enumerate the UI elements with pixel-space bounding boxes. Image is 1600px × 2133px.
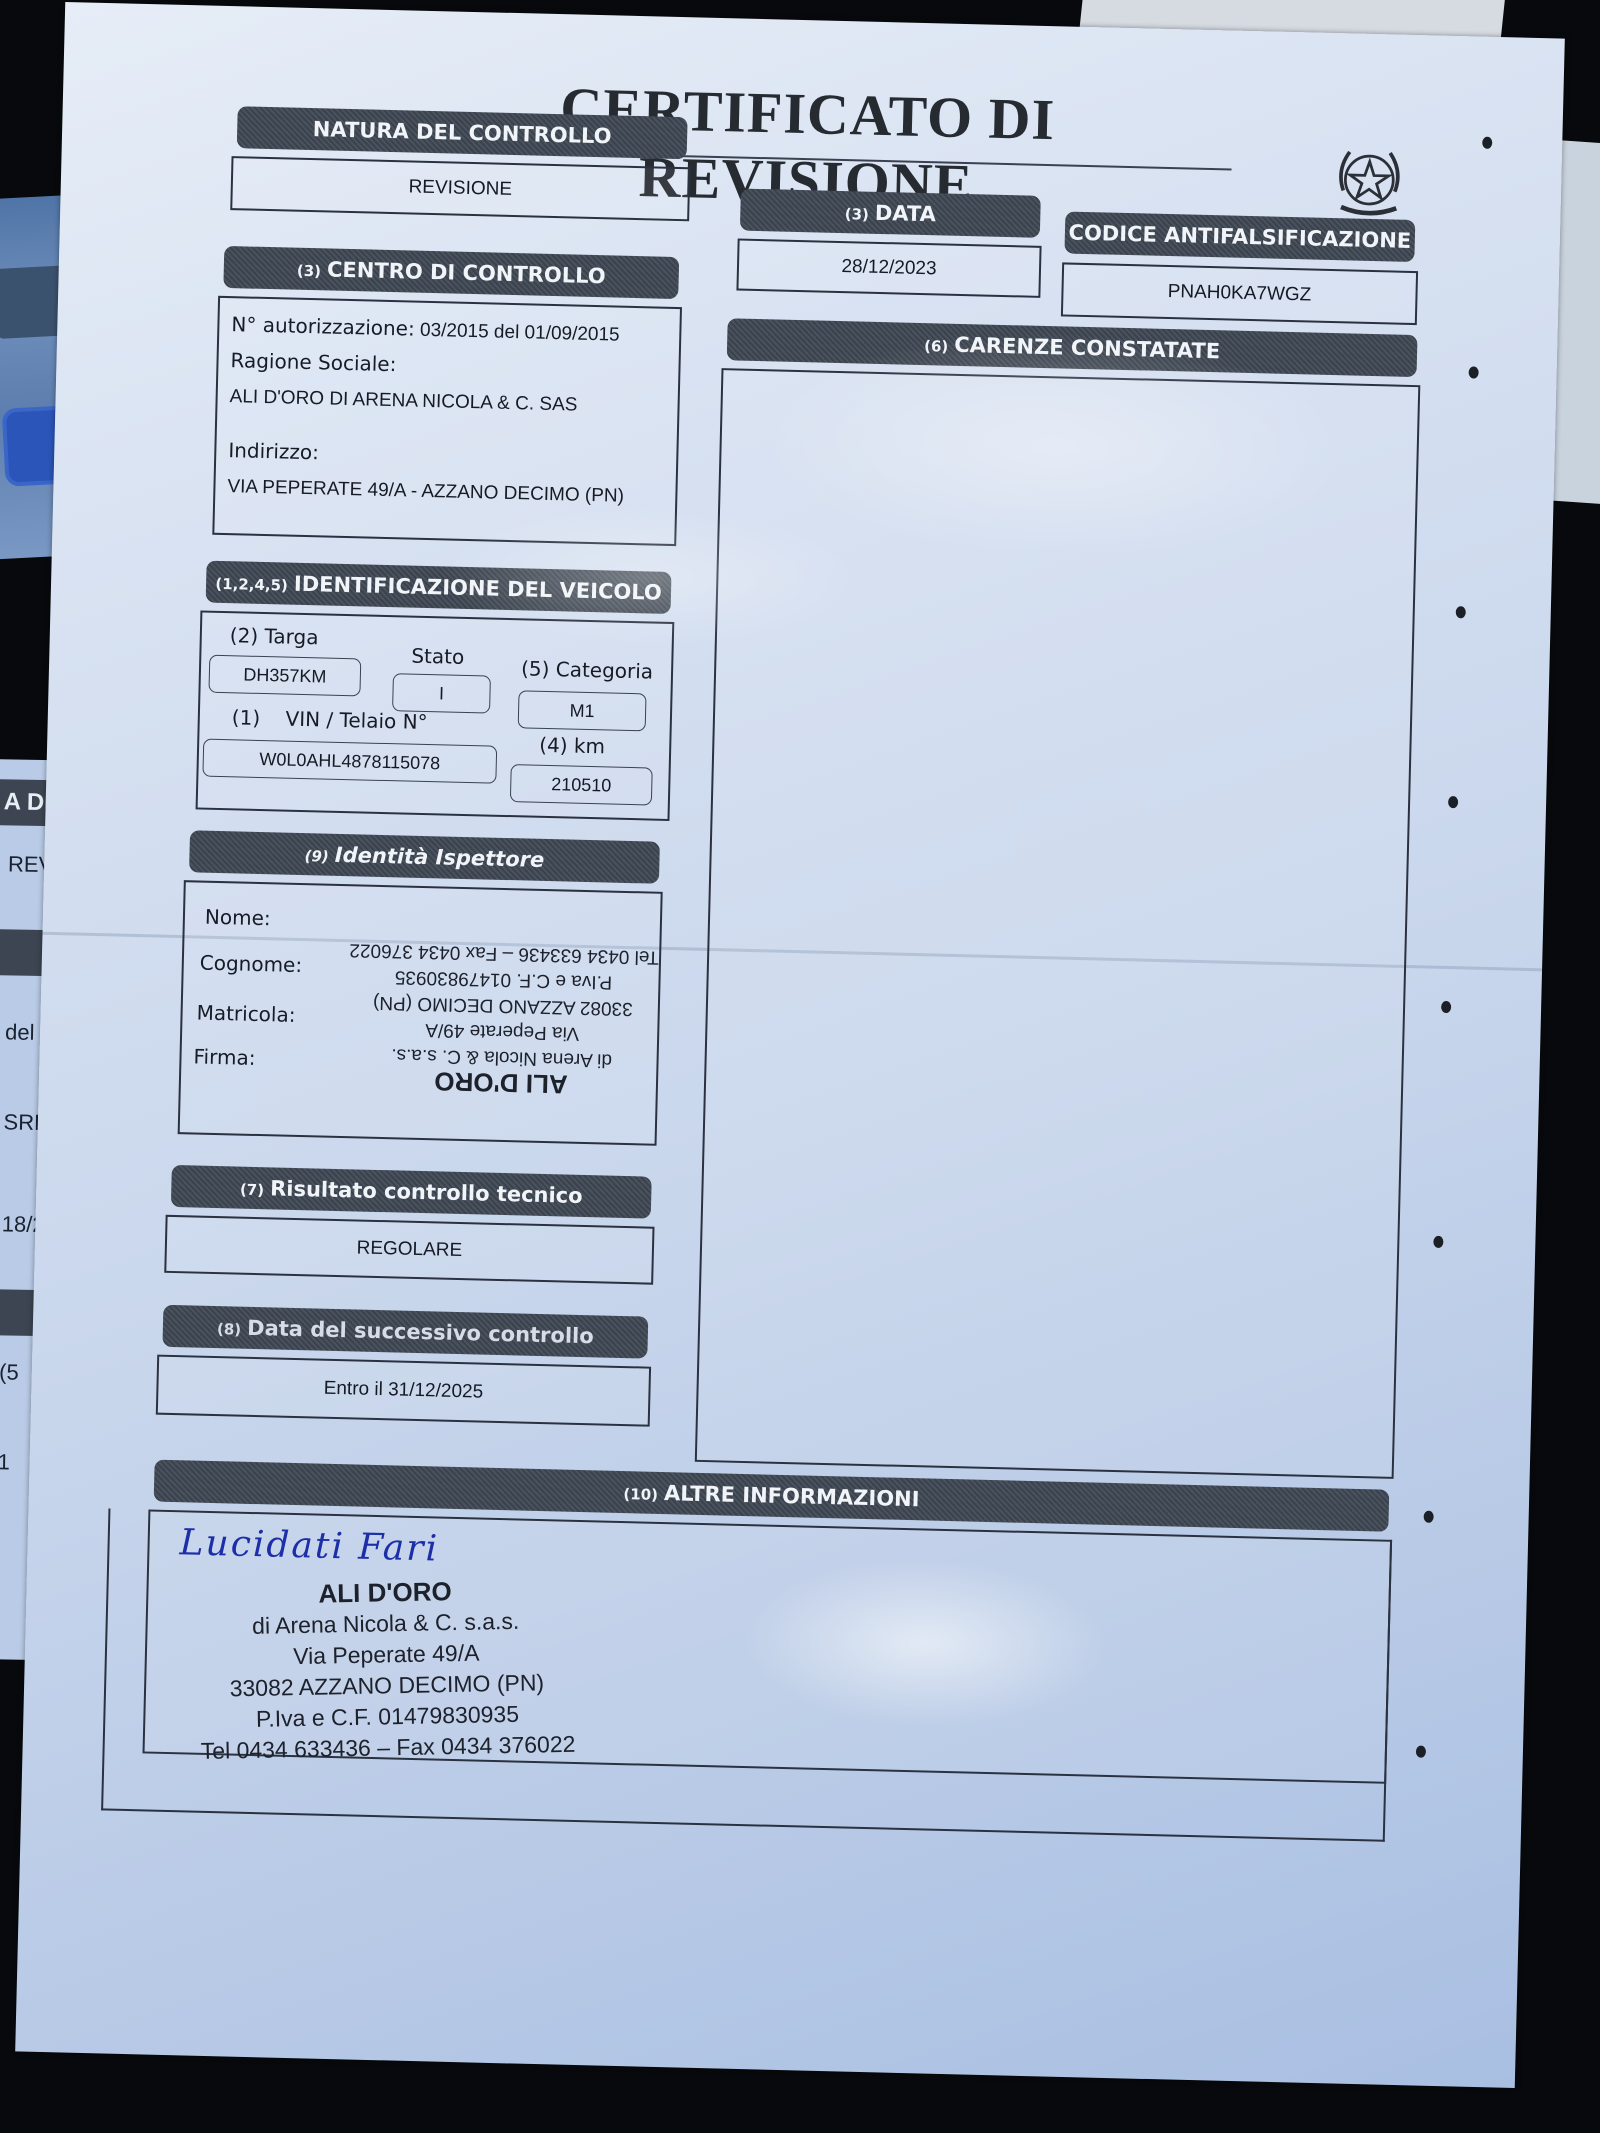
punch-hole bbox=[1433, 1236, 1443, 1248]
identificazione-veicolo-header: (1,2,4,5)IDENTIFICAZIONE DEL VEICOLO bbox=[206, 561, 672, 614]
targa-label: (2) Targa bbox=[230, 623, 319, 649]
centro-controllo-box: N° autorizzazione: 03/2015 del 01/09/201… bbox=[212, 296, 682, 546]
autorizzazione-value: 03/2015 del 01/09/2015 bbox=[420, 320, 620, 346]
carenze-box bbox=[695, 368, 1421, 1479]
punch-hole bbox=[1482, 137, 1492, 149]
autorizzazione-label: N° autorizzazione: bbox=[231, 312, 415, 340]
punch-hole bbox=[1441, 1001, 1451, 1013]
categoria-label: (5) Categoria bbox=[521, 656, 654, 683]
ispettore-header: (9)Identità Ispettore bbox=[189, 830, 660, 883]
punch-hole bbox=[1456, 606, 1466, 618]
ragione-sociale-value: ALI D'ORO DI ARENA NICOLA & C. SAS bbox=[229, 386, 577, 416]
codice-antifalsificazione-field: PNAH0KA7WGZ bbox=[1061, 262, 1418, 325]
matricola-label: Matricola: bbox=[196, 1000, 295, 1026]
indirizzo-label: Indirizzo: bbox=[228, 438, 319, 464]
identificazione-veicolo-box: (2) Targa DH357KM Stato I (5) Categoria … bbox=[196, 610, 675, 821]
punch-hole bbox=[1424, 1511, 1434, 1523]
data-header: (3)DATA bbox=[740, 189, 1041, 238]
carenze-header: (6)CARENZE CONSTATATE bbox=[727, 318, 1418, 377]
inverted-company-stamp: ALI D'ORO di Arena Nicola & C. s.a.s. Vi… bbox=[341, 936, 665, 1100]
underlying-text: 1 bbox=[0, 1449, 10, 1475]
risultato-header: (7)Risultato controllo tecnico bbox=[171, 1165, 652, 1219]
nome-label: Nome: bbox=[205, 905, 271, 931]
repubblica-italiana-emblem-icon bbox=[1322, 135, 1416, 229]
centro-controllo-header: (3)CENTRO DI CONTROLLO bbox=[223, 246, 679, 299]
vin-value: W0L0AHL4878115078 bbox=[202, 739, 497, 784]
targa-value: DH357KM bbox=[208, 655, 361, 697]
km-value: 210510 bbox=[510, 764, 653, 805]
punch-hole bbox=[1468, 366, 1478, 378]
successivo-controllo-header: (8)Data del successivo controllo bbox=[162, 1305, 648, 1359]
certificate-page: CERTIFICATO DI REVISIONE NATURA DEL CONT… bbox=[15, 2, 1565, 2088]
vin-label: (1) VIN / Telaio N° bbox=[232, 705, 428, 734]
stato-value: I bbox=[392, 673, 491, 713]
stato-label: Stato bbox=[411, 644, 464, 669]
ispettore-box: Nome: Cognome: Matricola: Firma: ALI D'O… bbox=[178, 880, 663, 1146]
punch-hole bbox=[1416, 1746, 1426, 1758]
codice-antifalsificazione-header: CODICE ANTIFALSIFICAZIONE bbox=[1064, 211, 1415, 262]
firma-label: Firma: bbox=[193, 1044, 256, 1070]
underlying-text: (5 bbox=[0, 1359, 19, 1385]
punch-hole bbox=[1448, 796, 1458, 808]
outer-frame bbox=[101, 1508, 1392, 1841]
indirizzo-value: VIA PEPERATE 49/A - AZZANO DECIMO (PN) bbox=[227, 476, 624, 508]
data-field: 28/12/2023 bbox=[736, 238, 1041, 297]
categoria-value: M1 bbox=[518, 690, 647, 731]
km-label: (4) km bbox=[539, 733, 605, 759]
cognome-label: Cognome: bbox=[200, 951, 303, 977]
natura-controllo-field: REVISIONE bbox=[230, 156, 690, 221]
risultato-field: REGOLARE bbox=[164, 1215, 654, 1285]
successivo-controllo-field: Entro il 31/12/2025 bbox=[156, 1355, 651, 1427]
ragione-sociale-label: Ragione Sociale: bbox=[230, 348, 396, 376]
